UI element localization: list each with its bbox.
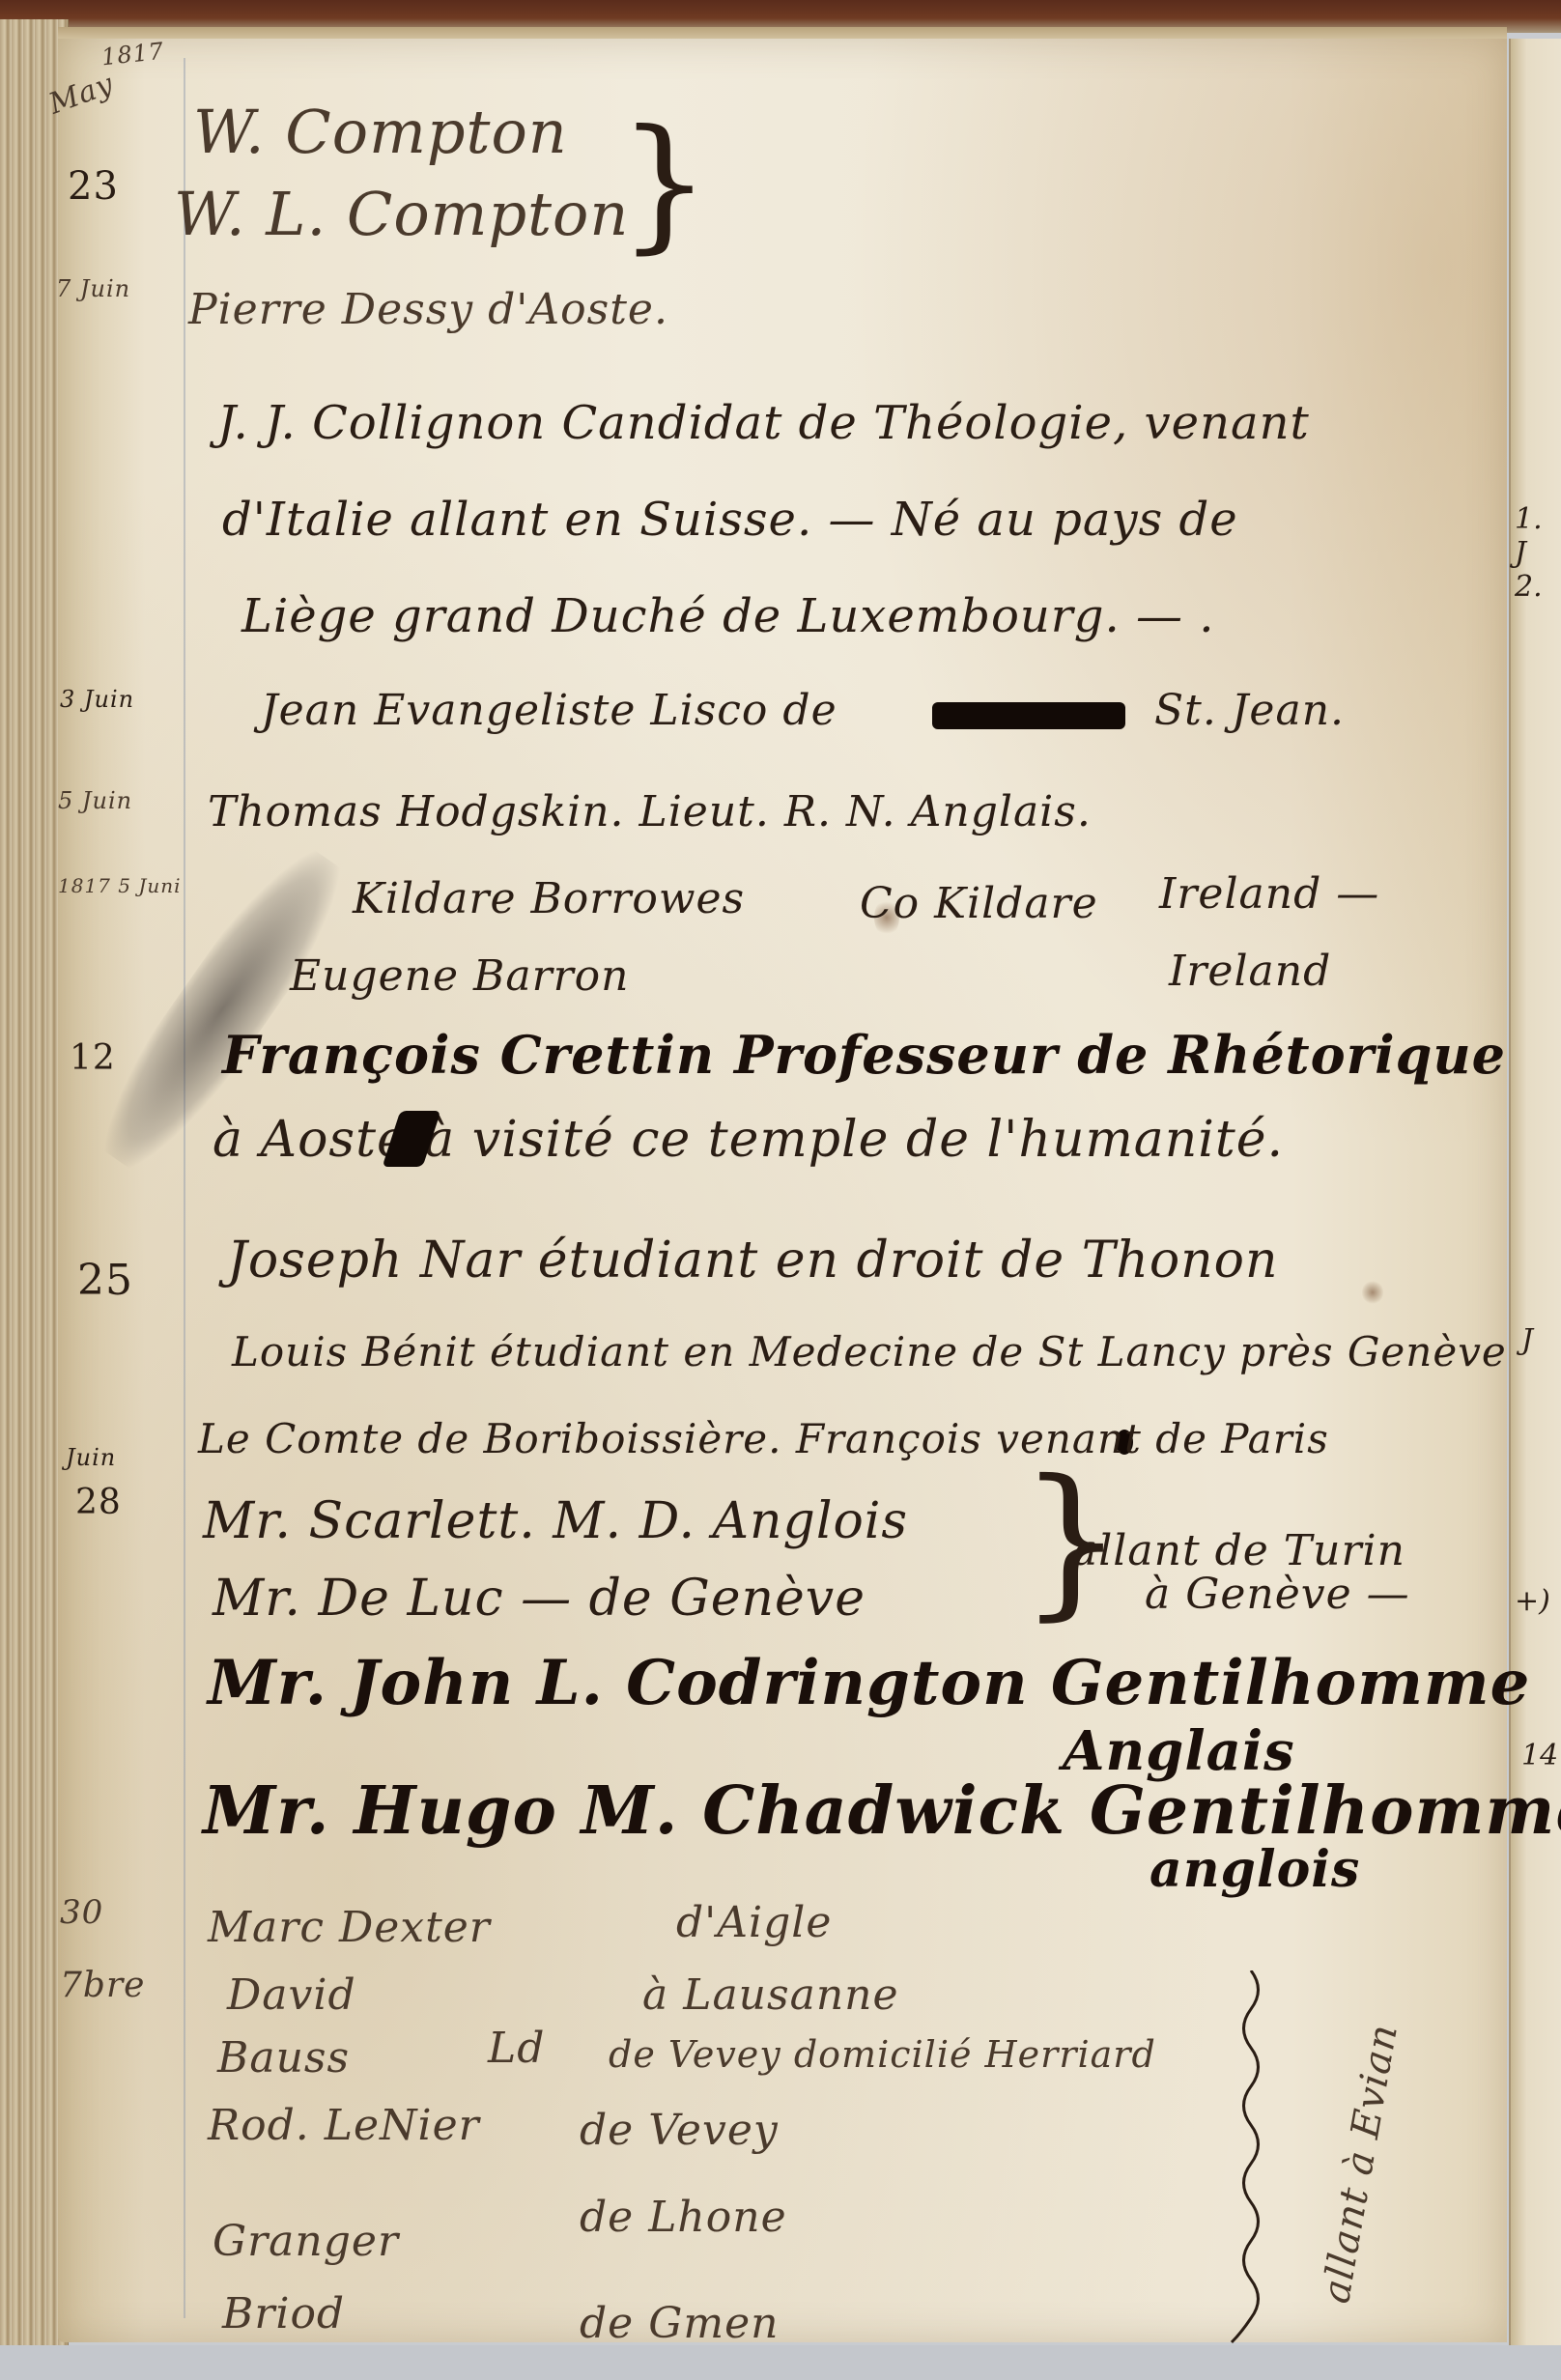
struck-out-word — [932, 702, 1125, 729]
entry-line: Mr. De Luc — de Genève — [213, 1570, 866, 1628]
brace-right: } — [618, 111, 710, 256]
scan-background — [0, 2345, 1561, 2380]
entry-line: Jean Evangeliste Lisco de — [261, 686, 837, 735]
entry-line: Louis Bénit étudiant en Medecine de St L… — [232, 1328, 1507, 1375]
margin-rule-line — [184, 58, 185, 2318]
entry-line: Le Comte de Boriboissière. François vena… — [198, 1415, 1329, 1462]
margin-date: 25 — [77, 1256, 133, 1305]
margin-date: 30 — [60, 1893, 103, 1932]
entry-line: W. Compton — [193, 97, 568, 167]
entry-line: à Aoste à visité ce temple de l'humanité… — [213, 1111, 1284, 1169]
entry-line-country: Ireland — [1169, 947, 1331, 996]
entry-line-place: d'Aigle — [676, 1898, 832, 1947]
entry-line: St. Jean. — [1154, 686, 1345, 735]
next-page-fragment: 14 — [1521, 1739, 1558, 1772]
next-page-fragment: 2. — [1515, 570, 1543, 604]
entry-line: François Crettin Professeur de Rhétoriqu… — [222, 1024, 1506, 1086]
margin-date: 7 Juin — [56, 275, 130, 302]
entry-line: Rod. LeNier — [208, 2101, 480, 2150]
bracket-note: allant de Turin — [1072, 1526, 1405, 1575]
margin-date: 28 — [75, 1483, 122, 1522]
entry-line: Mr. Hugo M. Chadwick Gentilhomme — [203, 1772, 1561, 1850]
margin-date: 23 — [68, 164, 119, 209]
margin-date: 3 Juin — [60, 686, 134, 713]
entry-line-place: Co Kildare — [860, 879, 1098, 928]
next-page-fragment: +) — [1515, 1584, 1550, 1618]
entry-line: Granger — [213, 2217, 399, 2266]
margin-date: 1817 5 Juni — [58, 874, 182, 897]
entry-line-place: de Gmen — [580, 2299, 779, 2348]
entry-line: Eugene Barron — [290, 951, 630, 1001]
entry-line: Briod — [222, 2289, 345, 2338]
entry-line: Mr. Scarlett. M. D. Anglois — [203, 1492, 908, 1550]
entry-line: Kildare Borrowes — [353, 874, 745, 923]
margin-date: Juin — [66, 1444, 116, 1471]
margin-date: 7bre — [60, 1966, 145, 2005]
entry-line-place: de Lhone — [580, 2193, 787, 2242]
margin-date: 12 — [70, 1038, 116, 1078]
paper-stain — [1362, 1280, 1383, 1305]
entry-line-place: à Lausanne — [642, 1970, 899, 2020]
next-page-edge — [1509, 39, 1561, 2347]
wavy-bracket-line — [1222, 1970, 1280, 2347]
margin-date: 5 Juin — [58, 787, 132, 814]
entry-line-title: Ld — [488, 2024, 545, 2073]
entry-line: Mr. John L. Codrington Gentilhomme — [208, 1647, 1530, 1719]
entry-line: Marc Dexter — [208, 1903, 491, 1952]
entry-line: Liège grand Duché de Luxembourg. — . — [241, 589, 1214, 643]
entry-line: d'Italie allant en Suisse. — Né au pays … — [222, 493, 1238, 547]
entry-line: J. J. Collignon Candidat de Théologie, v… — [217, 396, 1310, 450]
next-page-fragment: 1. J — [1515, 502, 1561, 570]
entry-line-place: de Vevey — [580, 2106, 779, 2155]
entry-line: W. L. Compton — [174, 179, 629, 249]
bracket-note: à Genève — — [1145, 1570, 1410, 1619]
entry-line-place: de Vevey domicilié Herriard — [609, 2033, 1156, 2076]
entry-line-nationality: anglois — [1149, 1840, 1360, 1899]
next-page-fragment: J — [1521, 1323, 1533, 1357]
entry-line: Pierre Dessy d'Aoste. — [188, 285, 668, 334]
entry-line: David — [227, 1970, 356, 2020]
entry-line: Joseph Nar étudiant en droit de Thonon — [227, 1232, 1278, 1289]
entry-line: Thomas Hodgskin. Lieut. R. N. Anglais. — [208, 787, 1092, 836]
entry-line-country: Ireland — — [1159, 869, 1379, 919]
entry-line: Bauss — [217, 2033, 350, 2082]
